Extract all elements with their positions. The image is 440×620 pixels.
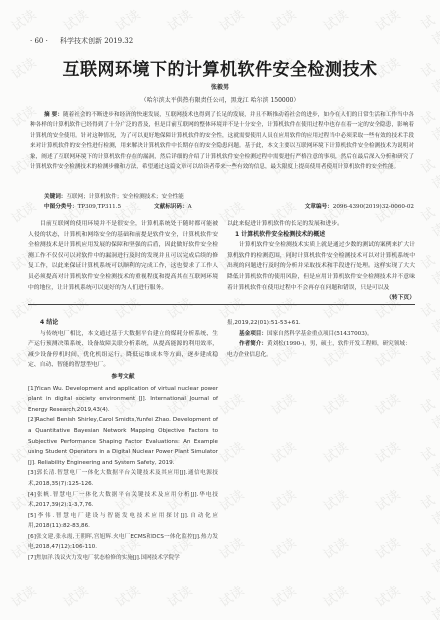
- watermark-text: 试读: [215, 532, 247, 562]
- reference-item: [3]郭长清.智慧电厂一体化大数据平台关键技术及其应用[J].通信电源技术,20…: [28, 468, 218, 489]
- watermark-text: 试读: [215, 580, 247, 610]
- lower-right-column: 报,2019,22(01):51-53+61. 基金项目：国家自然科学基金重点项…: [227, 318, 415, 360]
- paper-page: 试读试读试读试读试读试读试读试读试读试读试读试读试读试读试读试读试读试读试读试读…: [0, 0, 440, 620]
- references-heading: 参考文献: [28, 372, 218, 383]
- watermark-text: 试读: [163, 580, 195, 610]
- watermark-text: 试读: [416, 489, 440, 528]
- watermark-text: 试读: [416, 9, 440, 48]
- paper-title: 互联网环境下的计算机软件安全检测技术: [0, 55, 440, 80]
- watermark-text: 试读: [319, 484, 351, 514]
- watermark-text: 试读: [59, 4, 91, 34]
- conclusion-text: 与传统电厂相比，本文通过基于大数据平台建立的煤耗分析系统、生产运行预测决策系统、…: [28, 329, 218, 371]
- watermark-text: 试读: [163, 4, 195, 34]
- watermark-text: 试读: [267, 388, 299, 418]
- abstract-text: 随着社会的不断进步和经济的快速发展，互联网技术也得到了长足的发展，并且不断推动着…: [30, 112, 414, 170]
- watermark-text: 试读: [267, 532, 299, 562]
- watermark-text: 试读: [215, 484, 247, 514]
- watermark-text: 试读: [267, 4, 299, 34]
- watermark-text: 试读: [371, 4, 403, 34]
- watermark-text: 试读: [215, 436, 247, 466]
- reference-item: [7]焦加洋.浅议火力发电厂状态检修的实施[J].国网技术学院学: [28, 553, 218, 564]
- doc-code-label: 文献标识码：: [154, 204, 188, 210]
- watermark-text: 试读: [416, 585, 440, 620]
- watermark-text: 试读: [111, 580, 143, 610]
- watermark-text: 试读: [267, 580, 299, 610]
- watermark-text: 试读: [319, 388, 351, 418]
- watermark-text: 试读: [371, 532, 403, 562]
- watermark-text: 试读: [7, 4, 39, 34]
- watermark-text: 试读: [371, 580, 403, 610]
- watermark-text: 试读: [319, 4, 351, 34]
- watermark-text: 试读: [371, 388, 403, 418]
- watermark-text: 试读: [371, 484, 403, 514]
- author-affiliation: （哈尔滨太平供热有限责任公司，黑龙江 哈尔滨 150000）: [0, 95, 440, 104]
- watermark-text: 试读: [215, 4, 247, 34]
- reference-item: [2]Rachel Benish Shirley,Carol Smidts,Yu…: [28, 415, 218, 468]
- keywords-text: 互联网；计算机软件；安全检测技术；安全性能: [66, 194, 183, 200]
- watermark-text: 试读: [267, 484, 299, 514]
- watermark-text: 试读: [59, 580, 91, 610]
- page-number: · 60 ·: [30, 37, 48, 45]
- doc-code-value: A: [188, 204, 192, 210]
- continued-note: （转下页）: [374, 293, 415, 304]
- intro-continuation: 以此来促进计算机软件的长足的发展和进步。: [227, 219, 415, 230]
- watermark-text: 试读: [267, 436, 299, 466]
- lower-left-column: 4 结论 与传统电厂相比，本文通过基于大数据平台建立的煤耗分析系统、生产运行预测…: [28, 318, 218, 564]
- article-no-value: 2096-4390(2019)32-0060-02: [333, 204, 414, 210]
- abstract-label: 摘 要：: [44, 112, 63, 118]
- conclusion-heading: 4 结论: [28, 318, 218, 329]
- classification-line: 中图分类号：TP309,TP311.5 文献标识码：A 文章编号：2096-43…: [44, 202, 414, 210]
- watermark-text: 试读: [416, 537, 440, 576]
- watermark-text: 试读: [416, 201, 440, 240]
- fund-info: 基金项目：国家自然科学基金重点项目(51437003)。: [227, 329, 415, 340]
- reference-continuation: 报,2019,22(01):51-53+61.: [227, 318, 415, 329]
- running-header: · 60 · 科学技术创新 2019.32: [30, 36, 133, 46]
- journal-name: 科学技术创新 2019.32: [60, 37, 133, 45]
- watermark-text: 试读: [416, 153, 440, 192]
- body-right-column: 以此来促进计算机软件的长足的发展和进步。 1 计算机软件安全检测技术的概述 计算…: [227, 219, 415, 304]
- watermark-text: 试读: [371, 436, 403, 466]
- reference-item: [5]李伟.智慧电厂建设与智能发电技术应用探讨[J].自动化应用,2018(11…: [28, 511, 218, 532]
- abstract: 摘 要：随着社会的不断进步和经济的快速发展，互联网技术也得到了长足的发展，并且不…: [30, 110, 414, 172]
- author-name: 张毅男: [0, 82, 440, 91]
- reference-item: [6]张文建,张永霞,王朝晖,宫旭辉.火电厂ECMS和DCS一体化监控[J].热…: [28, 532, 218, 553]
- clc-value: TP309,TP311.5: [78, 204, 121, 210]
- section-1-heading: 1 计算机软件安全检测技术的概述: [227, 230, 415, 241]
- watermark-text: 试读: [215, 388, 247, 418]
- watermark-text: 试读: [319, 532, 351, 562]
- reference-item: [4]张帆.智慧电厂一体化大数据平台关键技术及应用分析[J].华电技术,2017…: [28, 490, 218, 511]
- watermark-text: 试读: [416, 441, 440, 480]
- watermark-text: 试读: [416, 345, 440, 384]
- watermark-text: 试读: [416, 393, 440, 432]
- author-bio: 作者简介：黄刘松(1990-)，男，硕士，软件开发工程师，研究领域：电力企业信息…: [227, 339, 415, 360]
- body-left-column: 目前互联网的使用环境并不是很安全，计算机系统处于随时都可能被人侵的状态，计算机和…: [28, 219, 218, 293]
- watermark-text: 试读: [416, 105, 440, 144]
- reference-list: [1]Yican Wu. Development and application…: [28, 384, 218, 564]
- section-divider: [28, 304, 415, 305]
- watermark-text: 试读: [416, 297, 440, 336]
- article-no-label: 文章编号：: [305, 204, 333, 210]
- watermark-text: 试读: [111, 4, 143, 34]
- reference-item: [1]Yican Wu. Development and application…: [28, 384, 218, 416]
- watermark-text: 试读: [319, 580, 351, 610]
- keywords-label: 关键词：: [44, 194, 66, 200]
- watermark-text: 试读: [7, 580, 39, 610]
- watermark-text: 试读: [319, 436, 351, 466]
- section-1-text: 计算机软件安全检测技术实质上就是通过少数的测试的案例来扩大计算机软件的检测范围，…: [227, 240, 415, 293]
- watermark-text: 试读: [416, 249, 440, 288]
- keywords: 关键词：互联网；计算机软件；安全检测技术；安全性能: [44, 192, 184, 200]
- clc-label: 中图分类号：: [44, 204, 78, 210]
